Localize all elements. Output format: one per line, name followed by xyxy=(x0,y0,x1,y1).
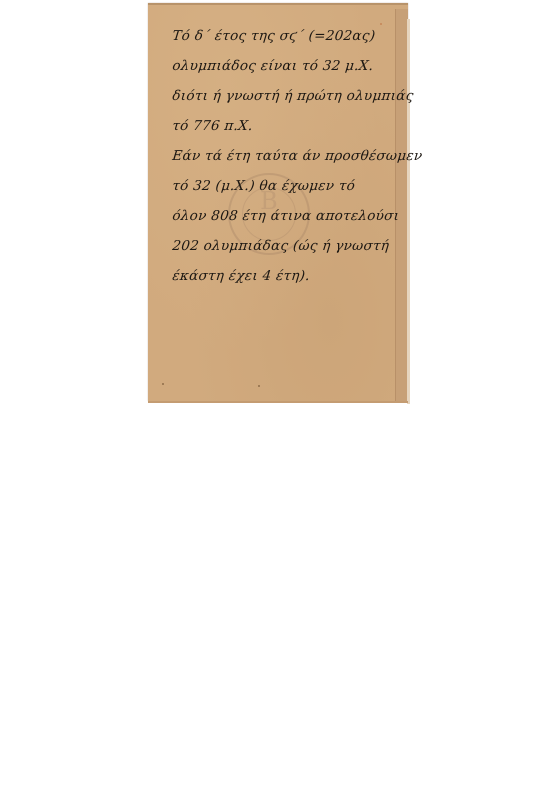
paper-bottom-edge xyxy=(148,401,408,403)
text-line-5: Εάν τά έτη ταύτα άν προσθέσωμεν xyxy=(170,145,403,175)
handwritten-note-paper: Β Τό δ΄ έτος της σϛ΄ (=202ας) ολυμπιάδος… xyxy=(148,3,408,401)
text-line-2: ολυμπιάδος είναι τό 32 μ.Χ. xyxy=(170,55,403,85)
text-line-7: όλον 808 έτη άτινα αποτελούσι xyxy=(170,205,403,235)
paper-top-edge xyxy=(148,3,408,5)
text-line-6: τό 32 (μ.Χ.) θα έχωμεν τό xyxy=(170,175,403,205)
paper-speck xyxy=(258,385,260,387)
text-line-9: έκάστη έχει 4 έτη). xyxy=(170,265,403,295)
text-line-8: 202 ολυμπιάδας (ώς ή γνωστή xyxy=(170,235,403,265)
text-line-4: τό 776 π.Χ. xyxy=(170,115,403,145)
paper-right-edge xyxy=(407,19,410,404)
text-line-3: διότι ή γνωστή ή πρώτη ολυμπιάς xyxy=(170,85,403,115)
handwritten-text: Τό δ΄ έτος της σϛ΄ (=202ας) ολυμπιάδος ε… xyxy=(172,25,402,295)
paper-speck xyxy=(380,23,382,25)
page-background: Β Τό δ΄ έτος της σϛ΄ (=202ας) ολυμπιάδος… xyxy=(0,0,549,800)
text-line-1: Τό δ΄ έτος της σϛ΄ (=202ας) xyxy=(170,25,403,55)
paper-speck xyxy=(162,383,164,385)
